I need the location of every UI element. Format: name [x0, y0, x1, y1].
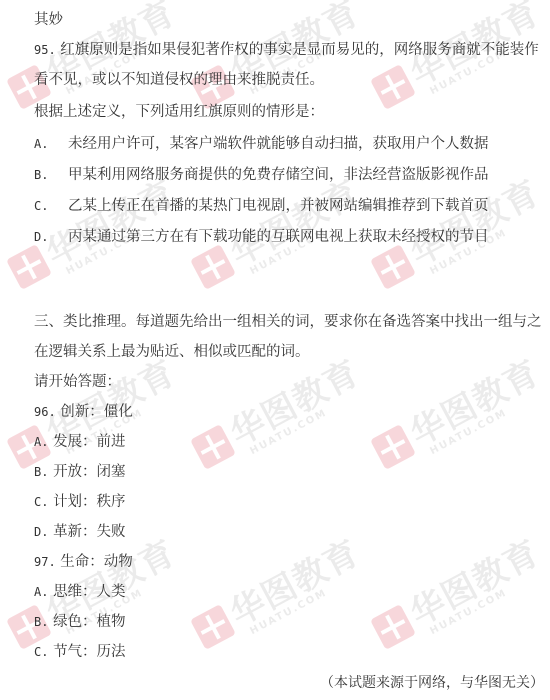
option-text: 未经用户许可，某客户端软件就能够自动扫描，获取用户个人数据 [68, 136, 489, 152]
huatu-logo-icon [190, 604, 236, 650]
watermark: 华图教育HUATU.COM [190, 535, 365, 650]
huatu-logo-icon [190, 244, 236, 290]
option-label: D. [34, 525, 48, 539]
option-text: 开放：闭塞 [53, 464, 126, 480]
option-text: 甲某利用网络服务商提供的免费存储空间，非法经营盗版影视作品 [68, 167, 489, 183]
option-text: 革新：失败 [53, 524, 126, 540]
watermark-text: 华图教育 [225, 535, 365, 631]
watermark-domain: HUATU.COM [248, 587, 329, 637]
option-text: 发展：前进 [53, 434, 126, 450]
question-number: 96. [34, 405, 56, 419]
huatu-logo-icon [370, 424, 416, 470]
question-text: 生命：动物 [60, 554, 133, 570]
option-label: C. [34, 645, 48, 659]
watermark-text: 华图教育 [41, 175, 181, 271]
option-label: A. [34, 134, 68, 154]
watermark: 华图教育HUATU.COM [190, 355, 365, 470]
option-text: 节气：历法 [53, 644, 126, 660]
option-text: 绿色：植物 [53, 614, 126, 630]
q96-option-d: D. 革新：失败 [34, 522, 126, 542]
question-number: 97. [34, 555, 56, 569]
watermark-domain: HUATU.COM [428, 407, 509, 457]
source-note: （本试题来源于网络，与华图无关） [320, 672, 544, 692]
question-text: 创新：僵化 [60, 404, 133, 420]
option-text: 思维：人类 [53, 584, 126, 600]
q97-option-a: A. 思维：人类 [34, 582, 126, 602]
watermark-text: 华图教育 [225, 175, 365, 271]
watermark-domain: HUATU.COM [248, 407, 329, 457]
watermark-text: 华图教育 [225, 355, 365, 451]
q95-option-a: A.未经用户许可，某客户端软件就能够自动扫描，获取用户个人数据 [34, 134, 489, 154]
watermark: 华图教育HUATU.COM [370, 535, 545, 650]
q95-line2: 看不见，或以不知道侵权的理由来推脱责任。 [34, 70, 324, 90]
option-text: 计划：秩序 [53, 494, 126, 510]
option-text: 乙某上传正在首播的某热门电视剧，并被网站编辑推荐到下载首页 [68, 198, 489, 214]
option-label: A. [34, 435, 48, 449]
q96-option-c: C. 计划：秩序 [34, 492, 126, 512]
q96-stem: 96. 创新：僵化 [34, 402, 133, 422]
q97-option-b: B. 绿色：植物 [34, 612, 126, 632]
question-text: 红旗原则是指如果侵犯著作权的事实是显而易见的，网络服务商就不能装作 [60, 42, 539, 58]
q96-option-a: A. 发展：前进 [34, 432, 126, 452]
question-number: 95. [34, 43, 56, 57]
huatu-logo-icon [370, 64, 416, 110]
huatu-logo-icon [6, 244, 52, 290]
section3-line1: 三、类比推理。每道题先给出一组相关的词，要求你在备选答案中找出一组与之 [34, 312, 542, 332]
watermark: 华图教育HUATU.COM [370, 355, 545, 470]
option-text: 丙某通过第三方在有下载功能的互联网电视上获取未经授权的节目 [68, 229, 489, 245]
prev-fragment: 其妙 [34, 10, 63, 30]
option-label: D. [34, 227, 68, 247]
option-label: A. [34, 585, 48, 599]
option-label: B. [34, 615, 48, 629]
q97-option-c: C. 节气：历法 [34, 642, 126, 662]
q95-line1: 95. 红旗原则是指如果侵犯著作权的事实是显而易见的，网络服务商就不能装作 [34, 40, 539, 60]
huatu-logo-icon [190, 424, 236, 470]
option-label: B. [34, 465, 48, 479]
option-label: C. [34, 495, 48, 509]
watermark-domain: HUATU.COM [428, 587, 509, 637]
q95-option-c: C.乙某上传正在首播的某热门电视剧，并被网站编辑推荐到下载首页 [34, 196, 489, 216]
q95-option-b: B.甲某利用网络服务商提供的免费存储空间，非法经营盗版影视作品 [34, 165, 489, 185]
q95-option-d: D.丙某通过第三方在有下载功能的互联网电视上获取未经授权的节目 [34, 227, 489, 247]
watermark-text: 华图教育 [405, 355, 545, 451]
option-label: C. [34, 196, 68, 216]
section3-start: 请开始答题： [34, 372, 121, 392]
watermark-text: 华图教育 [405, 175, 545, 271]
huatu-logo-icon [370, 604, 416, 650]
q97-stem: 97. 生命：动物 [34, 552, 133, 572]
option-label: B. [34, 165, 68, 185]
watermark-text: 华图教育 [405, 535, 545, 631]
section3-line2: 在逻辑关系上最为贴近、相似或匹配的词。 [34, 342, 310, 362]
huatu-logo-icon [370, 244, 416, 290]
q96-option-b: B. 开放：闭塞 [34, 462, 126, 482]
q95-prompt: 根据上述定义，下列适用红旗原则的情形是： [34, 102, 324, 122]
